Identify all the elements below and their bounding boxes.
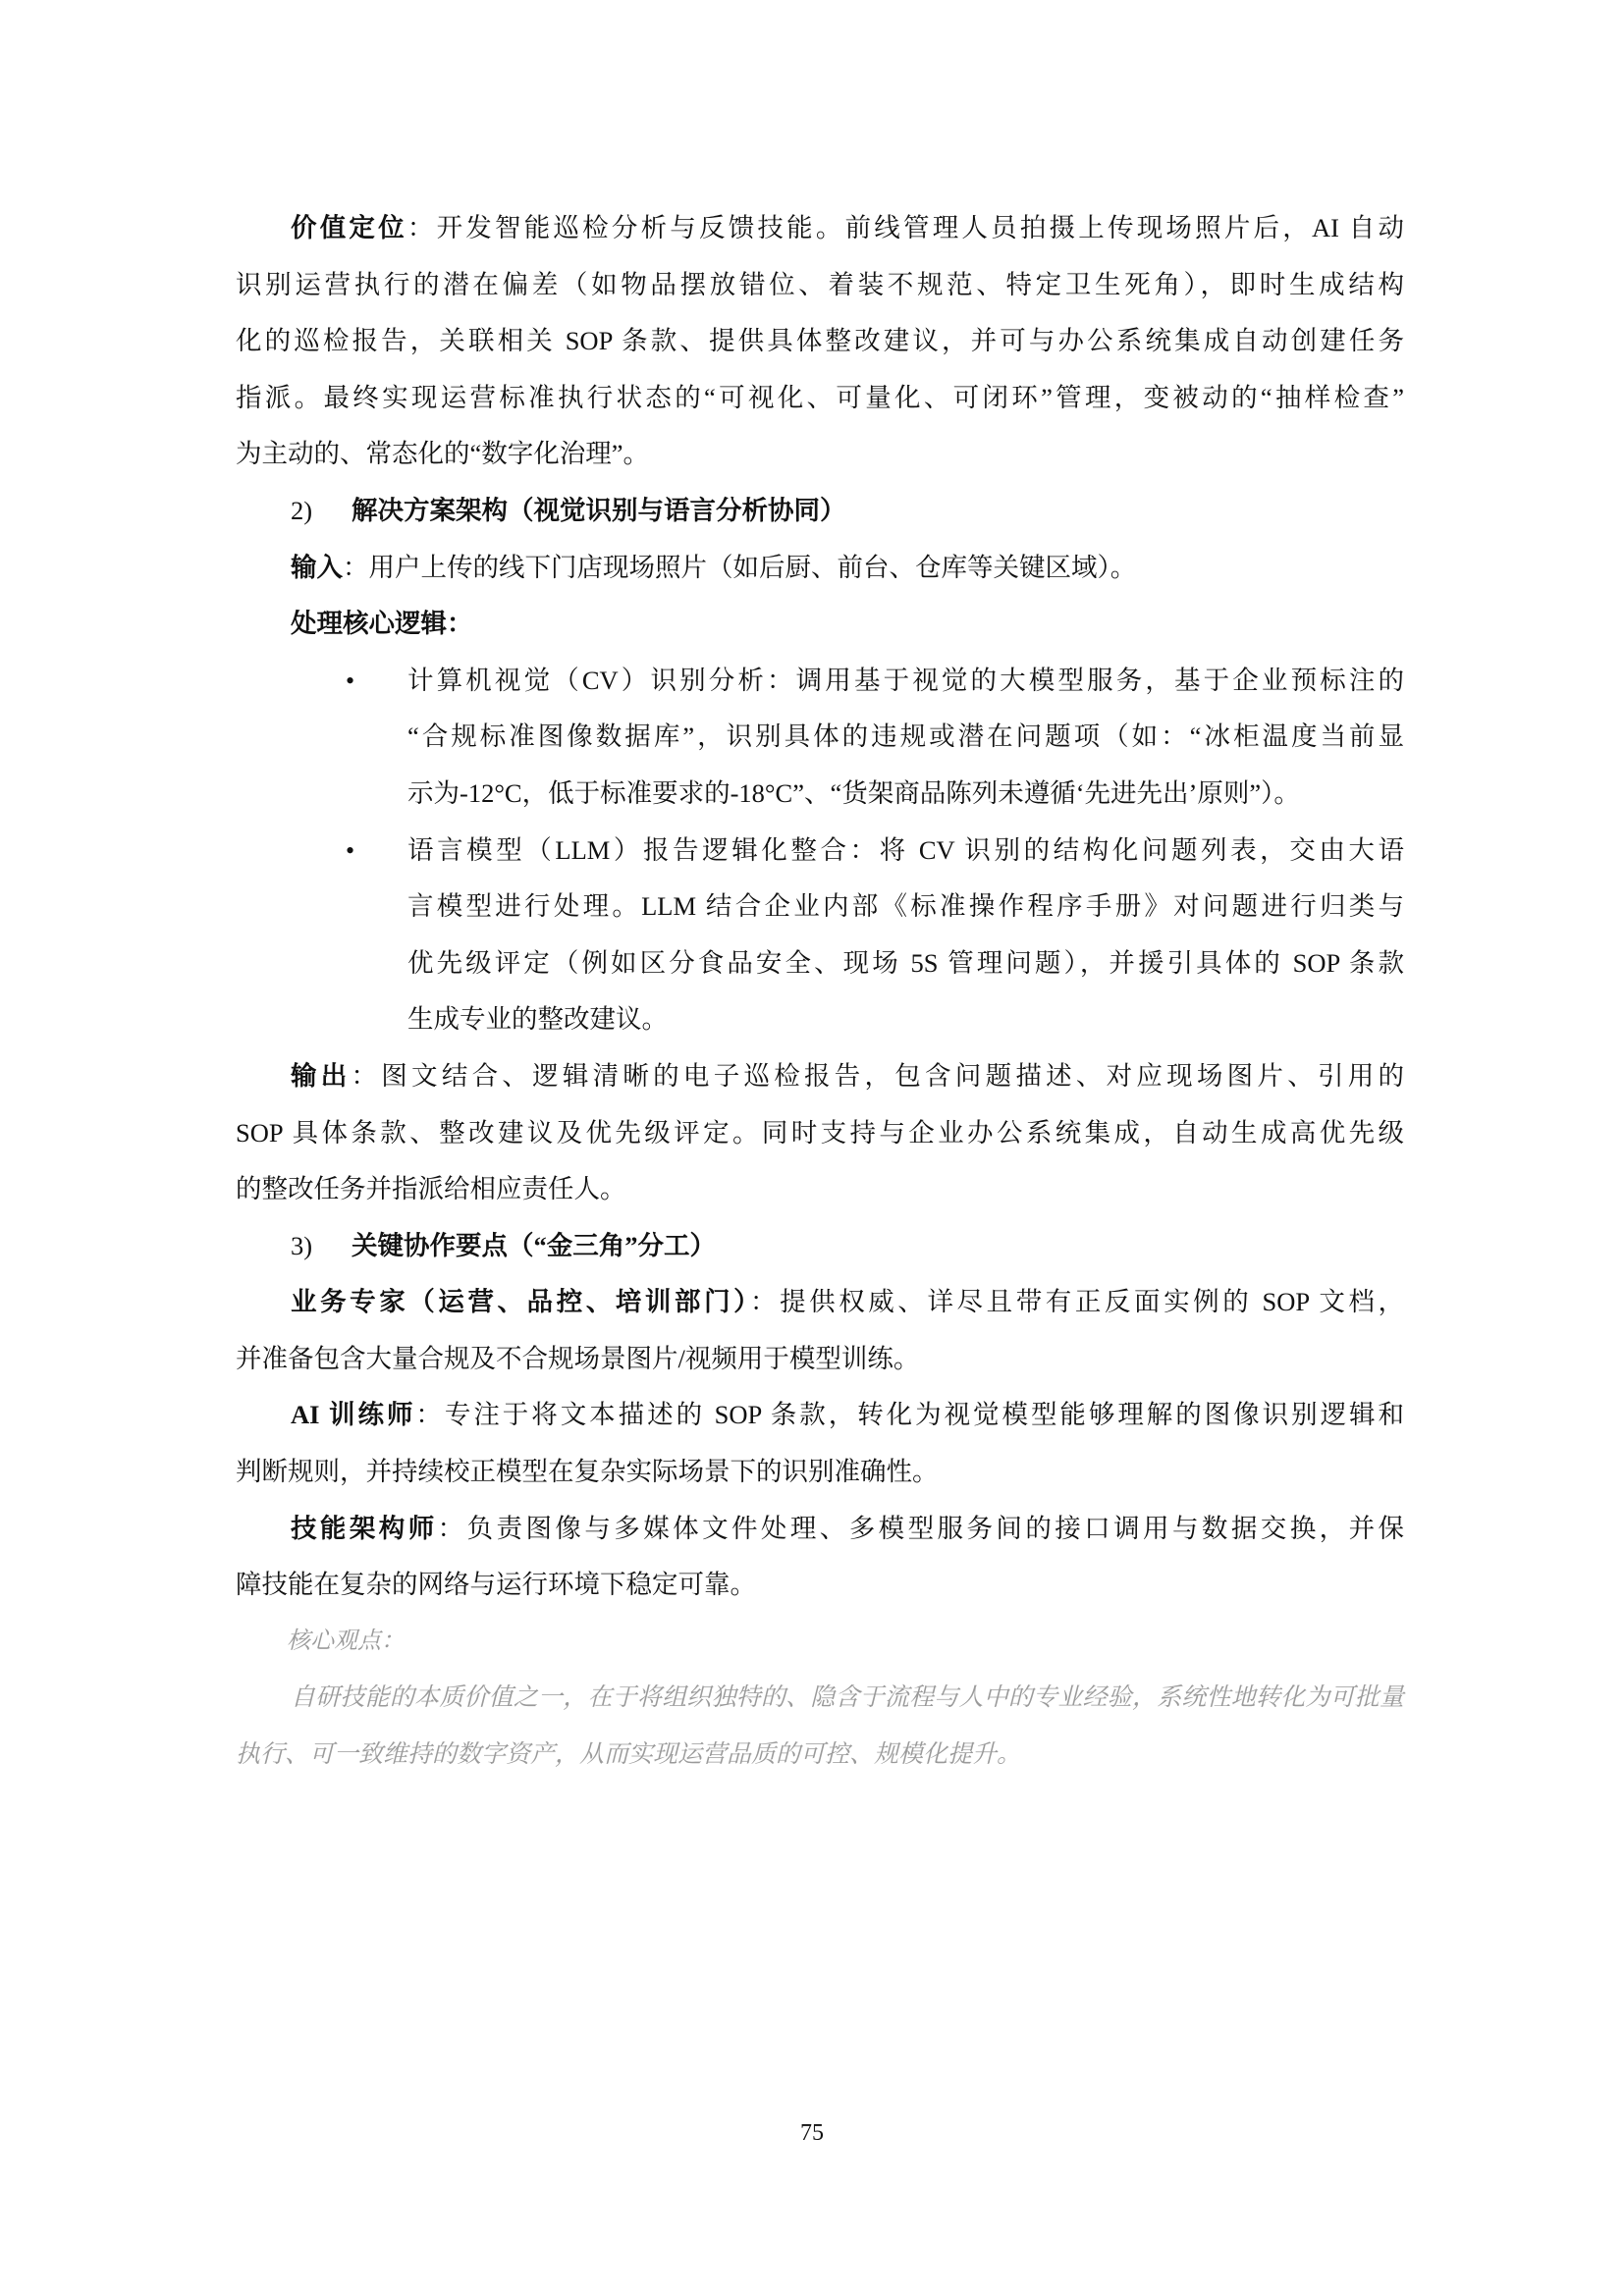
core-logic-heading: 处理核心逻辑： xyxy=(236,596,1404,653)
business-expert-label: 业务专家（运营、品控、培训部门） xyxy=(291,1287,750,1316)
value-positioning-label: 价值定位 xyxy=(291,213,407,242)
skill-architect-paragraph: 技能架构师：负责图像与多媒体文件处理、多模型服务间的接口调用与数据交换，并保 障… xyxy=(236,1501,1404,1614)
output-label: 输出 xyxy=(291,1061,352,1091)
value-positioning-paragraph: 价值定位：开发智能巡检分析与反馈技能。前线管理人员拍摄上传现场照片后，AI 自动… xyxy=(236,200,1404,483)
document-page: 价值定位：开发智能巡检分析与反馈技能。前线管理人员拍摄上传现场照片后，AI 自动… xyxy=(236,200,1404,1784)
section-heading-2: 2)解决方案架构（视觉识别与语言分析协同） xyxy=(236,483,1404,540)
input-paragraph: 输入：用户上传的线下门店现场照片（如后厨、前台、仓库等关键区域）。 xyxy=(236,540,1404,597)
bullet-icon: • xyxy=(346,823,354,880)
bullet-cv-analysis: • 计算机视觉（CV）识别分析：调用基于视觉的大模型服务，基于企业预标注的 “合… xyxy=(236,653,1404,823)
output-paragraph: 输出：图文结合、逻辑清晰的电子巡检报告，包含问题描述、对应现场图片、引用的 SO… xyxy=(236,1048,1404,1218)
note-title: 核心观点： xyxy=(236,1614,1404,1671)
section-heading-3: 3)关键协作要点（“金三角”分工） xyxy=(236,1218,1404,1275)
input-label: 输入 xyxy=(291,553,343,582)
bullet-icon: • xyxy=(346,653,354,710)
bullet-llm-integration: • 语言模型（LLM）报告逻辑化整合：将 CV 识别的结构化问题列表，交由大语 … xyxy=(236,823,1404,1048)
core-viewpoint-note: 核心观点： 自研技能的本质价值之一，在于将组织独特的、隐含于流程与人中的专业经验… xyxy=(236,1614,1404,1784)
ai-trainer-paragraph: AI 训练师：专注于将文本描述的 SOP 条款，转化为视觉模型能够理解的图像识别… xyxy=(236,1387,1404,1500)
skill-architect-label: 技能架构师 xyxy=(291,1514,438,1543)
page-number: 75 xyxy=(0,2120,1624,2147)
business-expert-paragraph: 业务专家（运营、品控、培训部门）：提供权威、详尽且带有正反面实例的 SOP 文档… xyxy=(236,1274,1404,1387)
ai-trainer-label: AI 训练师 xyxy=(291,1400,415,1429)
